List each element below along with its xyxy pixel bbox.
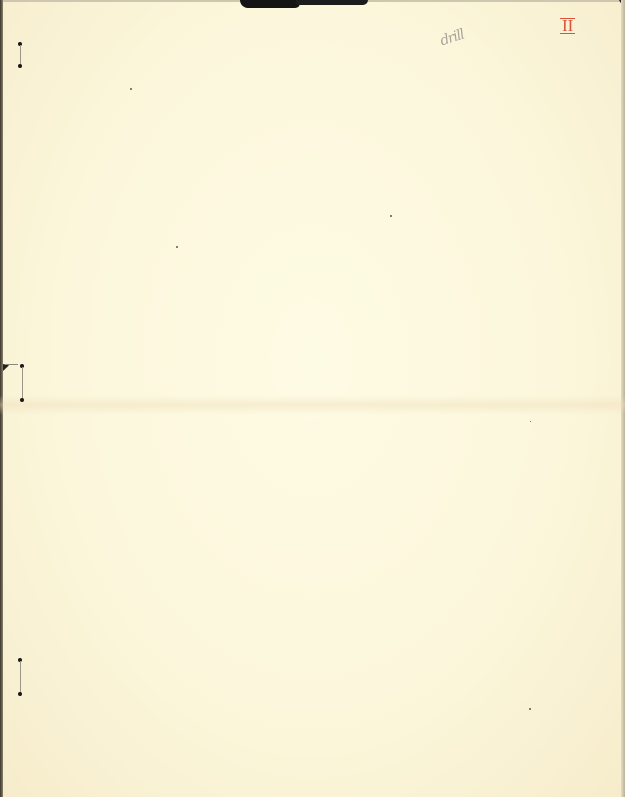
- pencil-annotation: drill: [438, 27, 466, 50]
- page-number: II: [560, 18, 575, 34]
- binder-hole-top: [18, 42, 24, 68]
- speck: [130, 88, 132, 90]
- binder-hole-middle: [20, 364, 26, 402]
- speck: [530, 421, 531, 422]
- tab-mark: [3, 364, 9, 371]
- top-clip-shadow: [240, 0, 300, 8]
- speck: [390, 215, 392, 217]
- top-clip-shadow: [296, 0, 368, 5]
- speck: [529, 708, 531, 710]
- binder-hole-bottom: [18, 658, 24, 696]
- fold-line: [0, 395, 625, 415]
- tab-line: [6, 364, 18, 365]
- scanned-page: drill II: [0, 0, 625, 800]
- speck: [176, 246, 178, 248]
